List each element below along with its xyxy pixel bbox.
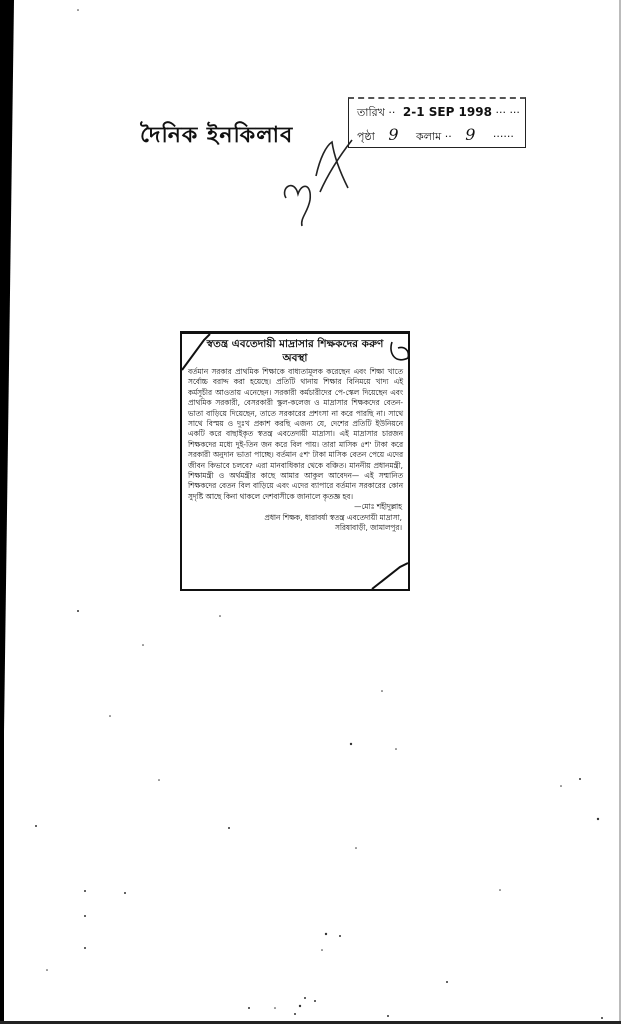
- scan-noise: [0, 0, 621, 1024]
